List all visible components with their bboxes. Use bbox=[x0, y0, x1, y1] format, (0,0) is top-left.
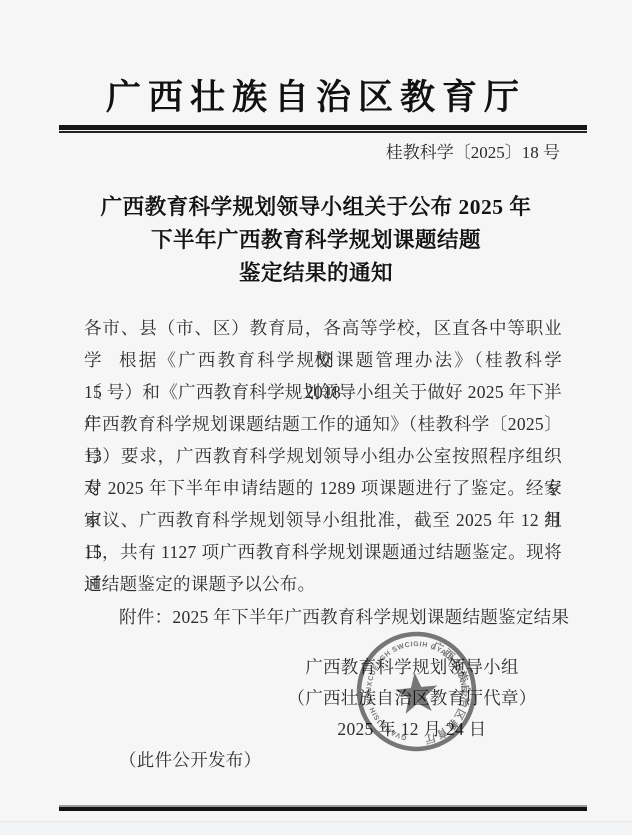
seal-star-icon bbox=[393, 670, 439, 714]
document-title-line-1: 广西教育科学规划领导小组关于公布 2025 年 bbox=[0, 191, 632, 224]
masthead-double-rule bbox=[59, 125, 587, 133]
body-line: 号）要求，广西教育科学规划领导小组办公室按照程序组织专家 bbox=[84, 440, 562, 472]
body-line: 根据《广西教育科学规划课题管理办法》（桂教科学〔2018〕 bbox=[84, 344, 562, 376]
document-title: 广西教育科学规划领导小组关于公布 2025 年 下半年广西教育科学规划课题结题 … bbox=[0, 191, 632, 290]
body-line: 审议、广西教育科学规划领导小组批准，截至 2025 年 12 月 15 bbox=[84, 504, 562, 536]
issuing-agency-masthead: 广西壮族自治区教育厅 bbox=[0, 70, 632, 120]
body-line: 日，共有 1127 项广西教育科学规划课题通过结题鉴定。现将通 bbox=[84, 536, 562, 568]
public-release-note: （此件公开发布） bbox=[119, 747, 261, 772]
body-line: 对 2025 年下半年申请结题的 1289 项课题进行了鉴定。经专家组 bbox=[84, 472, 562, 504]
rule-thin-line bbox=[59, 131, 587, 133]
document-title-line-2: 下半年广西教育科学规划课题结题 bbox=[0, 224, 632, 257]
footer-double-rule bbox=[59, 805, 587, 811]
body-line: 过结题鉴定的课题予以公布。 bbox=[84, 568, 562, 600]
body-line: 广西教育科学规划课题结题工作的通知》（桂教科学〔2025〕13 bbox=[84, 408, 562, 440]
official-round-seal: GVANGJSIH BOUXCUENGH SWCIGIH GYAUYUZDING… bbox=[347, 622, 487, 762]
page-edge-strip bbox=[0, 821, 632, 835]
document-title-line-3: 鉴定结果的通知 bbox=[0, 257, 632, 290]
rule-thick-line bbox=[59, 807, 587, 811]
document-body: 各市、县（市、区）教育局，各高等学校，区直各中等职业学校： 根据《广西教育科学规… bbox=[84, 312, 562, 600]
body-line: 15 号）和《广西教育科学规划领导小组关于做好 2025 年下半年 bbox=[84, 376, 562, 408]
scanned-official-document: 广西壮族自治区教育厅 桂教科学〔2025〕18 号 广西教育科学规划领导小组关于… bbox=[0, 0, 632, 835]
salutation-line: 各市、县（市、区）教育局，各高等学校，区直各中等职业学校： bbox=[84, 312, 562, 344]
document-reference-number: 桂教科学〔2025〕18 号 bbox=[0, 138, 560, 163]
attachment-note: 附件：2025 年下半年广西教育科学规划课题结题鉴定结果 bbox=[84, 601, 562, 633]
